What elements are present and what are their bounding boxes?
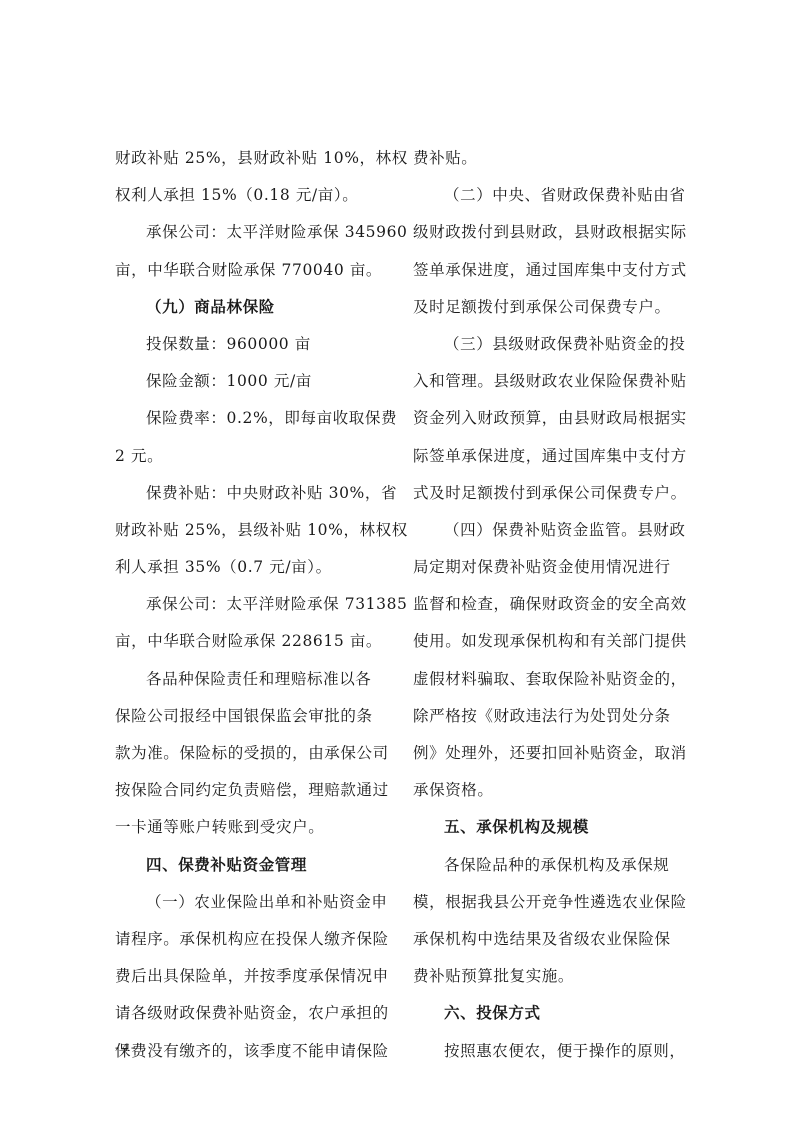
section-heading: 五、承保机构及规模 (413, 809, 695, 846)
text-line: 财政补贴 25%，县级补贴 10%，林权权 (115, 512, 397, 549)
text-line: 承保资格。 (413, 772, 695, 809)
text-line: （一）农业保险出单和补贴资金申 (115, 884, 397, 921)
right-column: 费补贴。（二）中央、省财政保费补贴由省级财政拨付到县财政，县财政根据实际签单承保… (413, 140, 695, 1070)
text-line: 费后出具保险单，并按季度承保情况申 (115, 958, 397, 995)
document-page: 财政补贴 25%，县财政补贴 10%，林权权利人承担 15%（0.18 元/亩）… (0, 0, 793, 1122)
text-line: 入和管理。县级财政农业保险保费补贴 (413, 363, 695, 400)
text-line: 请程序。承保机构应在投保人缴齐保险 (115, 921, 397, 958)
text-line: 资金列入财政预算，由县财政局根据实 (413, 400, 695, 437)
left-column: 财政补贴 25%，县财政补贴 10%，林权权利人承担 15%（0.18 元/亩）… (115, 140, 397, 1070)
text-line: （二）中央、省财政保费补贴由省 (413, 177, 695, 214)
text-line: 承保机构中选结果及省级农业保险保 (413, 921, 695, 958)
text-line: 承保公司：太平洋财险承保 345960 (115, 214, 397, 251)
text-line: 使用。如发现承保机构和有关部门提供 (413, 623, 695, 660)
text-line: （四）保费补贴资金监管。县财政 (413, 512, 695, 549)
text-line: 签单承保进度，通过国库集中支付方式 (413, 252, 695, 289)
text-line: 费补贴预算批复实施。 (413, 958, 695, 995)
text-line: 虚假材料骗取、套取保险补贴资金的， (413, 661, 695, 698)
text-line: 承保公司：太平洋财险承保 731385 (115, 586, 397, 623)
text-line: 费补贴。 (413, 140, 695, 177)
text-line: 财政补贴 25%，县财政补贴 10%，林权 (115, 140, 397, 177)
text-line: 式及时足额拨付到承保公司保费专户。 (413, 475, 695, 512)
text-line: 及时足额拨付到承保公司保费专户。 (413, 289, 695, 326)
text-line: 保险公司报经中国银保监会审批的条 (115, 698, 397, 735)
text-line: 例》处理外，还要扣回补贴资金，取消 (413, 735, 695, 772)
text-line: 各品种保险责任和理赔标准以各 (115, 661, 397, 698)
section-heading: 四、保费补贴资金管理 (115, 847, 397, 884)
text-line: 利人承担 35%（0.7 元/亩）。 (115, 549, 397, 586)
text-line: 保费没有缴齐的，该季度不能申请保险 (115, 1033, 397, 1070)
text-line: 投保数量：960000 亩 (115, 326, 397, 363)
text-line: 保险费率：0.2%，即每亩收取保费 (115, 400, 397, 437)
text-line: 请各级财政保费补贴资金，农户承担的 (115, 995, 397, 1032)
text-line: 亩，中华联合财险承保 770040 亩。 (115, 252, 397, 289)
text-line: 按保险合同约定负责赔偿，理赔款通过 (115, 772, 397, 809)
text-line: 一卡通等账户转账到受灾户。 (115, 809, 397, 846)
section-heading: 六、投保方式 (413, 995, 695, 1032)
text-line: 保费补贴：中央财政补贴 30%，省 (115, 475, 397, 512)
text-line: 模，根据我县公开竞争性遴选农业保险 (413, 884, 695, 921)
text-line: 各保险品种的承保机构及承保规 (413, 847, 695, 884)
text-line: 局定期对保费补贴资金使用情况进行 (413, 549, 695, 586)
text-line: 级财政拨付到县财政，县财政根据实际 (413, 214, 695, 251)
text-line: 保险金额：1000 元/亩 (115, 363, 397, 400)
text-line: 款为准。保险标的受损的，由承保公司 (115, 735, 397, 772)
page-number: - 4 - (115, 1040, 135, 1055)
text-line: 际签单承保进度，通过国库集中支付方 (413, 438, 695, 475)
text-line: 权利人承担 15%（0.18 元/亩）。 (115, 177, 397, 214)
text-line: 按照惠农便农，便于操作的原则， (413, 1033, 695, 1070)
section-heading: （九）商品林保险 (115, 289, 397, 326)
text-line: 除严格按《财政违法行为处罚处分条 (413, 698, 695, 735)
text-line: 亩，中华联合财险承保 228615 亩。 (115, 623, 397, 660)
text-line: （三）县级财政保费补贴资金的投 (413, 326, 695, 363)
text-line: 2 元。 (115, 438, 397, 475)
text-line: 监督和检查，确保财政资金的安全高效 (413, 586, 695, 623)
